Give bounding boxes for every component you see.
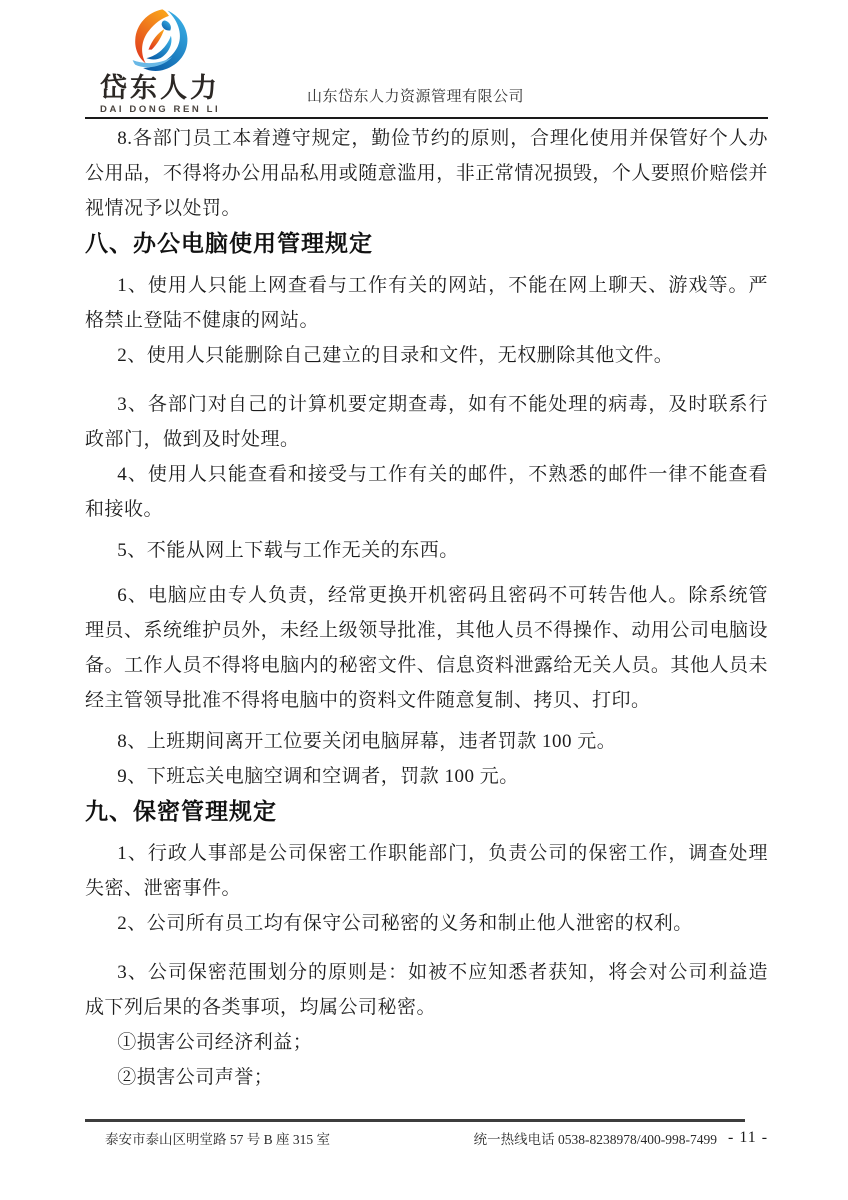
footer-divider (85, 1119, 745, 1122)
logo-swirl-icon (126, 8, 196, 74)
paragraph: 8、上班期间离开工位要关闭电脑屏幕，违者罚款 100 元。 (85, 724, 768, 759)
company-logo: 岱东人力 DAI DONG REN LI (100, 8, 230, 115)
footer-hotline: 统一热线电话 0538-8238978/400-998-7499 (474, 1128, 717, 1148)
logo-subtitle: DAI DONG REN LI (100, 104, 230, 115)
section-heading-confidentiality: 九、保密管理规定 (85, 797, 768, 827)
paragraph: ①损害公司经济利益； (85, 1025, 768, 1060)
logo-title: 岱东人力 (100, 74, 230, 102)
header-divider (85, 117, 768, 119)
paragraph: 2、使用人只能删除自己建立的目录和文件，无权删除其他文件。 (85, 338, 768, 373)
paragraph: 1、行政人事部是公司保密工作职能部门，负责公司的保密工作，调查处理失密、泄密事件… (85, 836, 768, 906)
paragraph: 6、电脑应由专人负责，经常更换开机密码且密码不可转告他人。除系统管理员、系统维护… (85, 578, 768, 718)
page-number: - 11 - (728, 1129, 768, 1147)
paragraph: 2、公司所有员工均有保守公司秘密的义务和制止他人泄密的权利。 (85, 906, 768, 941)
section-heading-computer-rules: 八、办公电脑使用管理规定 (85, 229, 768, 259)
paragraph-intro: 8.各部门员工本着遵守规定，勤俭节约的原则，合理化使用并保管好个人办公用品，不得… (85, 121, 768, 226)
document-page: 岱东人力 DAI DONG REN LI 山东岱东人力资源管理有限公司 8.各部… (0, 0, 848, 1200)
paragraph: 4、使用人只能查看和接受与工作有关的邮件，不熟悉的邮件一律不能查看和接收。 (85, 457, 768, 527)
paragraph: 3、公司保密范围划分的原则是：如被不应知悉者获知，将会对公司利益造成下列后果的各… (85, 955, 768, 1025)
paragraph: 3、各部门对自己的计算机要定期查毒，如有不能处理的病毒，及时联系行政部门，做到及… (85, 387, 768, 457)
company-name: 山东岱东人力资源管理有限公司 (307, 85, 524, 106)
paragraph: ②损害公司声誉； (85, 1060, 768, 1095)
paragraph: 1、使用人只能上网查看与工作有关的网站，不能在网上聊天、游戏等。严格禁止登陆不健… (85, 268, 768, 338)
footer-address: 泰安市泰山区明堂路 57 号 B 座 315 室 (105, 1128, 330, 1148)
paragraph: 9、下班忘关电脑空调和空调者，罚款 100 元。 (85, 759, 768, 794)
paragraph: 5、不能从网上下载与工作无关的东西。 (85, 533, 768, 568)
document-body: 8.各部门员工本着遵守规定，勤俭节约的原则，合理化使用并保管好个人办公用品，不得… (85, 121, 768, 1095)
